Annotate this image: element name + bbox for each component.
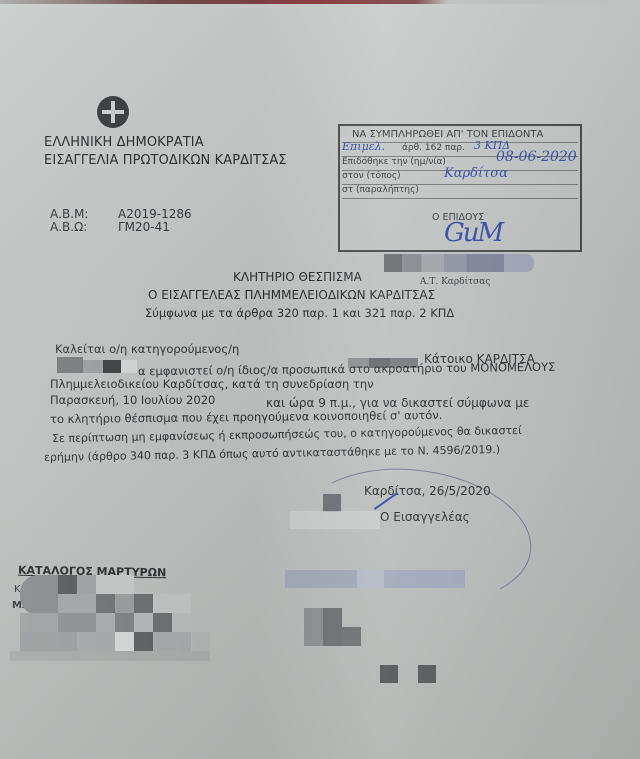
service-hand-role: Επιμελ.: [342, 140, 385, 153]
issuer-line: Ο ΕΙΣΑΓΓΕΛΕΑΣ ΠΛΗΜΜΕΛΕΙΟΔΙΚΩΝ ΚΑΡΔΙΤΣΑΣ: [148, 288, 435, 302]
ref-value-abm: Α2019-1286: [118, 207, 192, 221]
redacted-stamp: [384, 254, 534, 272]
hearing-date: Παρασκευή, 10 Ιουλίου 2020: [50, 393, 215, 407]
redacted-block: [121, 360, 137, 373]
ref-value-abo: ΓΜ20-41: [118, 220, 170, 234]
body-line-in-absentia: ερήμην (άρθρο 340 παρ. 3 ΚΠΔ όπως αυτό α…: [44, 443, 500, 464]
police-stamp-text: Α.Τ. Καρδίτσας: [420, 277, 490, 287]
photo-edge-strip: [0, 0, 640, 4]
service-box-title: ΝΑ ΣΥΜΠΛΗΡΩΘΕΙ ΑΠ' ΤΟΝ ΕΠΙΔΟΝΤΑ: [352, 129, 543, 140]
place-date: Καρδίτσα, 26/5/2020: [364, 484, 491, 498]
service-date-label: Επιδόθηκε την (ημ/νία): [342, 157, 446, 167]
header-line-republic: ΕΛΛΗΝΙΚΗ ΔΗΜΟΚΡΑΤΙΑ: [44, 135, 204, 150]
header-line-prosecutor-office: ΕΙΣΑΓΓΕΛΙΑ ΠΡΩΤΟΔΙΚΩΝ ΚΑΡΔΙΤΣΑΣ: [44, 153, 287, 168]
prosecutor-signer: Ο Εισαγγελέας: [380, 510, 470, 524]
redacted-block: [285, 570, 465, 588]
service-place-value: Καρδίτσα: [444, 166, 508, 181]
body-line-absence: Σε περίπτωση μη εμφανίσεως ή εκπροσωπήσε…: [52, 424, 522, 445]
redacted-block: [57, 357, 83, 373]
body-line-summoned: Καλείται ο/η κατηγορούμενος/η: [55, 342, 239, 356]
ref-label-abm: Α.Β.Μ:: [50, 207, 88, 221]
redacted-block: [103, 360, 121, 373]
redacted-block: [323, 494, 341, 512]
service-recipient-label: στ (παραλήπτης): [342, 185, 419, 195]
greek-coat-of-arms-icon: [97, 96, 129, 128]
official-seal-stamp: [292, 454, 540, 617]
legal-basis-line: Σύμφωνα με τα άρθρα 320 παρ. 1 και 321 π…: [145, 306, 454, 320]
redacted-block: [83, 360, 103, 373]
ref-label-abo: Α.Β.Ω:: [50, 220, 87, 234]
server-signature: GuM: [444, 218, 502, 248]
service-date-value: 08-06-2020: [496, 149, 577, 165]
redacted-block: [290, 511, 380, 529]
service-article-text: άρθ. 162 παρ.: [402, 143, 465, 153]
document-title: ΚΛΗΤΗΡΙΟ ΘΕΣΠΙΣΜΑ: [233, 270, 362, 284]
body-line-court: Πλημμελειοδικείου Καρδίτσας, κατά τη συν…: [50, 377, 374, 391]
body-line-appear: α εμφανιστεί ο/η ίδιος/α προσωπικά στο α…: [138, 360, 555, 378]
service-stamp-box: ΝΑ ΣΥΜΠΛΗΡΩΘΕΙ ΑΠ' ΤΟΝ ΕΠΙΔΟΝΤΑ Επιμελ. …: [338, 124, 582, 252]
service-place-label: στον (τόπος): [342, 171, 401, 181]
body-line-notified: το κλητήριο θέσπισμα που έχει προηγούμεν…: [50, 408, 443, 426]
